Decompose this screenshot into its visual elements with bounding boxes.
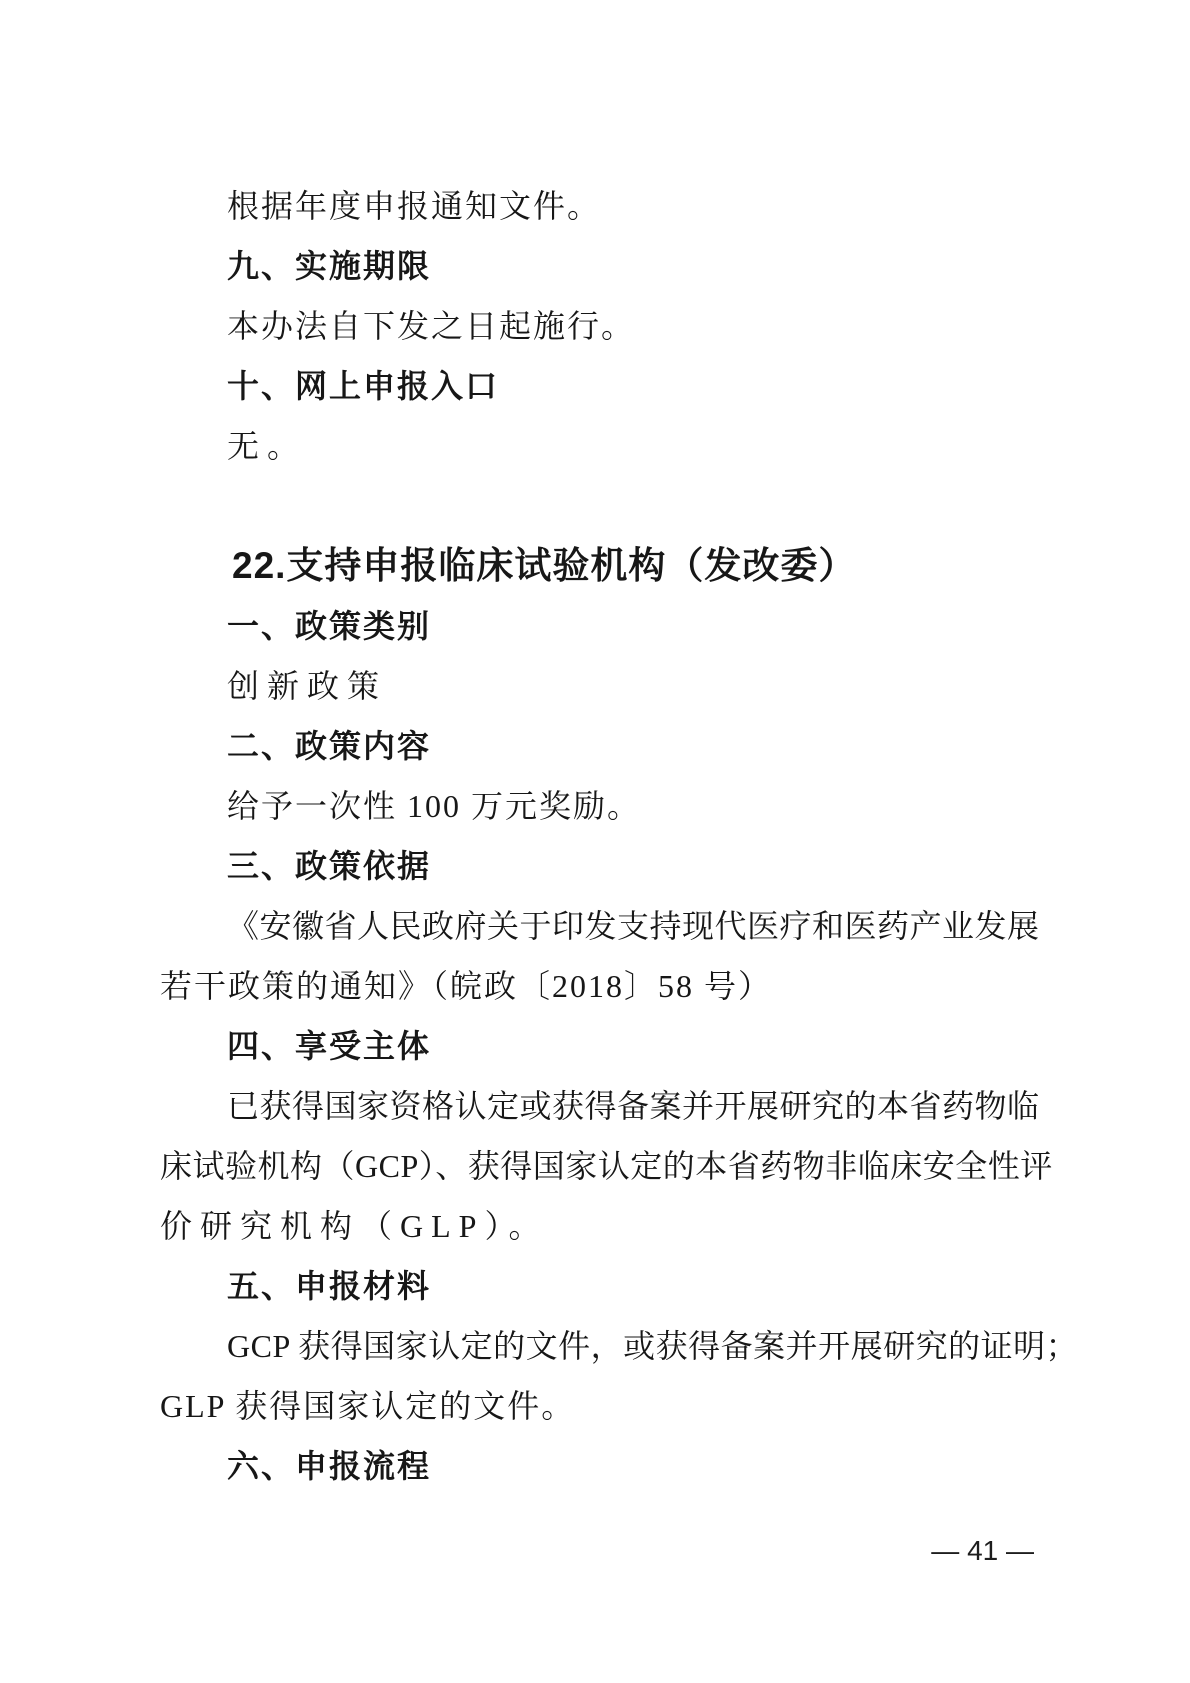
page-number: — 41 —	[931, 1535, 1034, 1566]
body-line: 根据年度申报通知文件。	[160, 176, 1040, 236]
body-line: 本办法自下发之日起施行。	[160, 296, 1040, 356]
subsection-heading: 四、享受主体	[160, 1016, 1040, 1076]
subsection-heading: 十、网上申报入口	[160, 356, 1040, 416]
body-line: GLP 获得国家认定的文件。	[160, 1376, 1040, 1436]
page-footer: — 41 —	[931, 1531, 1034, 1571]
body-line: 已获得国家资格认定或获得备案并开展研究的本省药物临	[160, 1076, 1040, 1136]
body-line: 无。	[160, 416, 1040, 476]
body-line: 给予一次性 100 万元奖励。	[160, 776, 1040, 836]
subsection-heading: 九、实施期限	[160, 236, 1040, 296]
subsection-heading: 二、政策内容	[160, 716, 1040, 776]
body-line: 若干政策的通知》（皖政〔2018〕58 号）	[160, 956, 1040, 1016]
body-line: 《安徽省人民政府关于印发支持现代医疗和医药产业发展	[160, 896, 1040, 956]
subsection-heading: 三、政策依据	[160, 836, 1040, 896]
subsection-heading: 一、政策类别	[160, 596, 1040, 656]
subsection-heading: 五、申报材料	[160, 1256, 1040, 1316]
document-body: 根据年度申报通知文件。 九、实施期限 本办法自下发之日起施行。 十、网上申报入口…	[160, 176, 1040, 1496]
blank-line	[160, 476, 1040, 536]
section-title: 22.支持申报临床试验机构（发改委）	[160, 536, 1040, 596]
body-line: 床试验机构（GCP）、获得国家认定的本省药物非临床安全性评	[160, 1136, 1040, 1196]
body-line: 价研究机构（GLP）。	[160, 1196, 1040, 1256]
body-line: 创新政策	[160, 656, 1040, 716]
body-line: GCP 获得国家认定的文件，或获得备案并开展研究的证明；	[160, 1316, 1040, 1376]
subsection-heading: 六、申报流程	[160, 1436, 1040, 1496]
document-page: 根据年度申报通知文件。 九、实施期限 本办法自下发之日起施行。 十、网上申报入口…	[0, 0, 1190, 1683]
